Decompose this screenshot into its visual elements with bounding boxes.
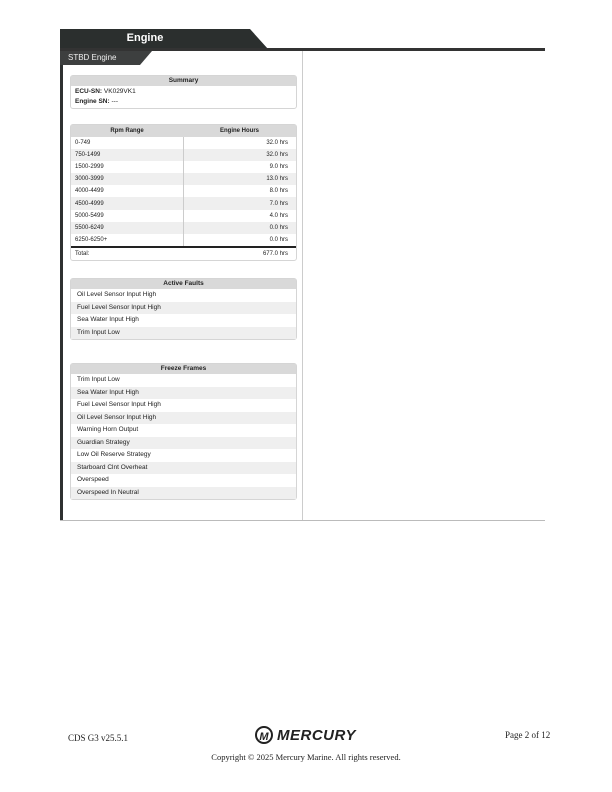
list-item: Oil Level Sensor Input High (71, 412, 296, 425)
engine-sn: Engine SN: --- (75, 97, 292, 107)
rpm-range: 1500-2999 (71, 161, 183, 173)
rpm-range: 5500-6249 (71, 222, 183, 234)
list-item: Sea Water Input High (71, 387, 296, 400)
software-version: CDS G3 v25.5.1 (68, 733, 128, 743)
table-row: 1500-29999.0 hrs (71, 161, 296, 173)
list-item: Warning Horn Output (71, 424, 296, 437)
page-number: Page 2 of 12 (505, 730, 550, 740)
rpm-range: 5000-5499 (71, 210, 183, 222)
rpm-range: 3000-3999 (71, 173, 183, 185)
table-row: 750-149932.0 hrs (71, 149, 296, 161)
total-row: Total:677.0 hrs (71, 247, 296, 260)
list-item: Starboard Clnt Overheat (71, 462, 296, 475)
engine-hours: 0.0 hrs (183, 222, 296, 234)
copyright: Copyright © 2025 Mercury Marine. All rig… (0, 752, 612, 762)
ecu-sn: ECU-SN: VK029VK1 (75, 87, 292, 97)
page-title: Engine (60, 32, 230, 44)
rpm-range: 0-749 (71, 137, 183, 149)
engine-hours: 32.0 hrs (183, 149, 296, 161)
rpm-range-header: Rpm Range (71, 125, 183, 137)
table-row: 4500-49997.0 hrs (71, 197, 296, 209)
engine-hours: 13.0 hrs (183, 173, 296, 185)
freeze-frames-title: Freeze Frames (71, 364, 296, 374)
engine-header-tab: Engine (60, 29, 250, 49)
list-item: Fuel Level Sensor Input High (71, 399, 296, 412)
table-row: 4000-44998.0 hrs (71, 185, 296, 197)
engine-hours: 8.0 hrs (183, 185, 296, 197)
rpm-range: 6250-6250+ (71, 234, 183, 247)
list-item: Low Oil Reserve Strategy (71, 449, 296, 462)
list-item: Trim Input Low (71, 374, 296, 387)
engine-hours: 32.0 hrs (183, 137, 296, 149)
stbd-engine-tab: STBD Engine (60, 51, 140, 65)
active-faults-title: Active Faults (71, 279, 296, 289)
frame-left-border (60, 51, 63, 521)
frame-bottom-border (60, 520, 545, 521)
table-row: 6250-6250+0.0 hrs (71, 234, 296, 247)
table-row: 5500-62490.0 hrs (71, 222, 296, 234)
summary-panel: Summary ECU-SN: VK029VK1 Engine SN: --- (70, 75, 297, 109)
list-item: Overspeed In Neutral (71, 487, 296, 500)
summary-title: Summary (71, 76, 296, 86)
table-row: 0-74932.0 hrs (71, 137, 296, 149)
table-row: 5000-54994.0 hrs (71, 210, 296, 222)
engine-hours-header: Engine Hours (183, 125, 296, 137)
mercury-logo: MMERCURY (255, 726, 356, 744)
list-item: Oil Level Sensor Input High (71, 289, 296, 302)
rpm-range: 4000-4499 (71, 185, 183, 197)
list-item: Fuel Level Sensor Input High (71, 302, 296, 315)
freeze-frames-panel: Freeze Frames Trim Input LowSea Water In… (70, 363, 297, 500)
list-item: Trim Input Low (71, 327, 296, 340)
rpm-hours-table: Rpm RangeEngine Hours 0-74932.0 hrs750-1… (70, 124, 297, 261)
table-row: 3000-399913.0 hrs (71, 173, 296, 185)
subtab-label: STBD Engine (68, 53, 116, 62)
list-item: Guardian Strategy (71, 437, 296, 450)
mercury-m-icon: M (255, 726, 273, 744)
engine-hours: 0.0 hrs (183, 234, 296, 247)
engine-hours: 9.0 hrs (183, 161, 296, 173)
column-divider (302, 51, 303, 521)
engine-hours: 4.0 hrs (183, 210, 296, 222)
list-item: Sea Water Input High (71, 314, 296, 327)
rpm-range: 750-1499 (71, 149, 183, 161)
active-faults-panel: Active Faults Oil Level Sensor Input Hig… (70, 278, 297, 340)
engine-hours: 7.0 hrs (183, 197, 296, 209)
rpm-range: 4500-4999 (71, 197, 183, 209)
list-item: Overspeed (71, 474, 296, 487)
